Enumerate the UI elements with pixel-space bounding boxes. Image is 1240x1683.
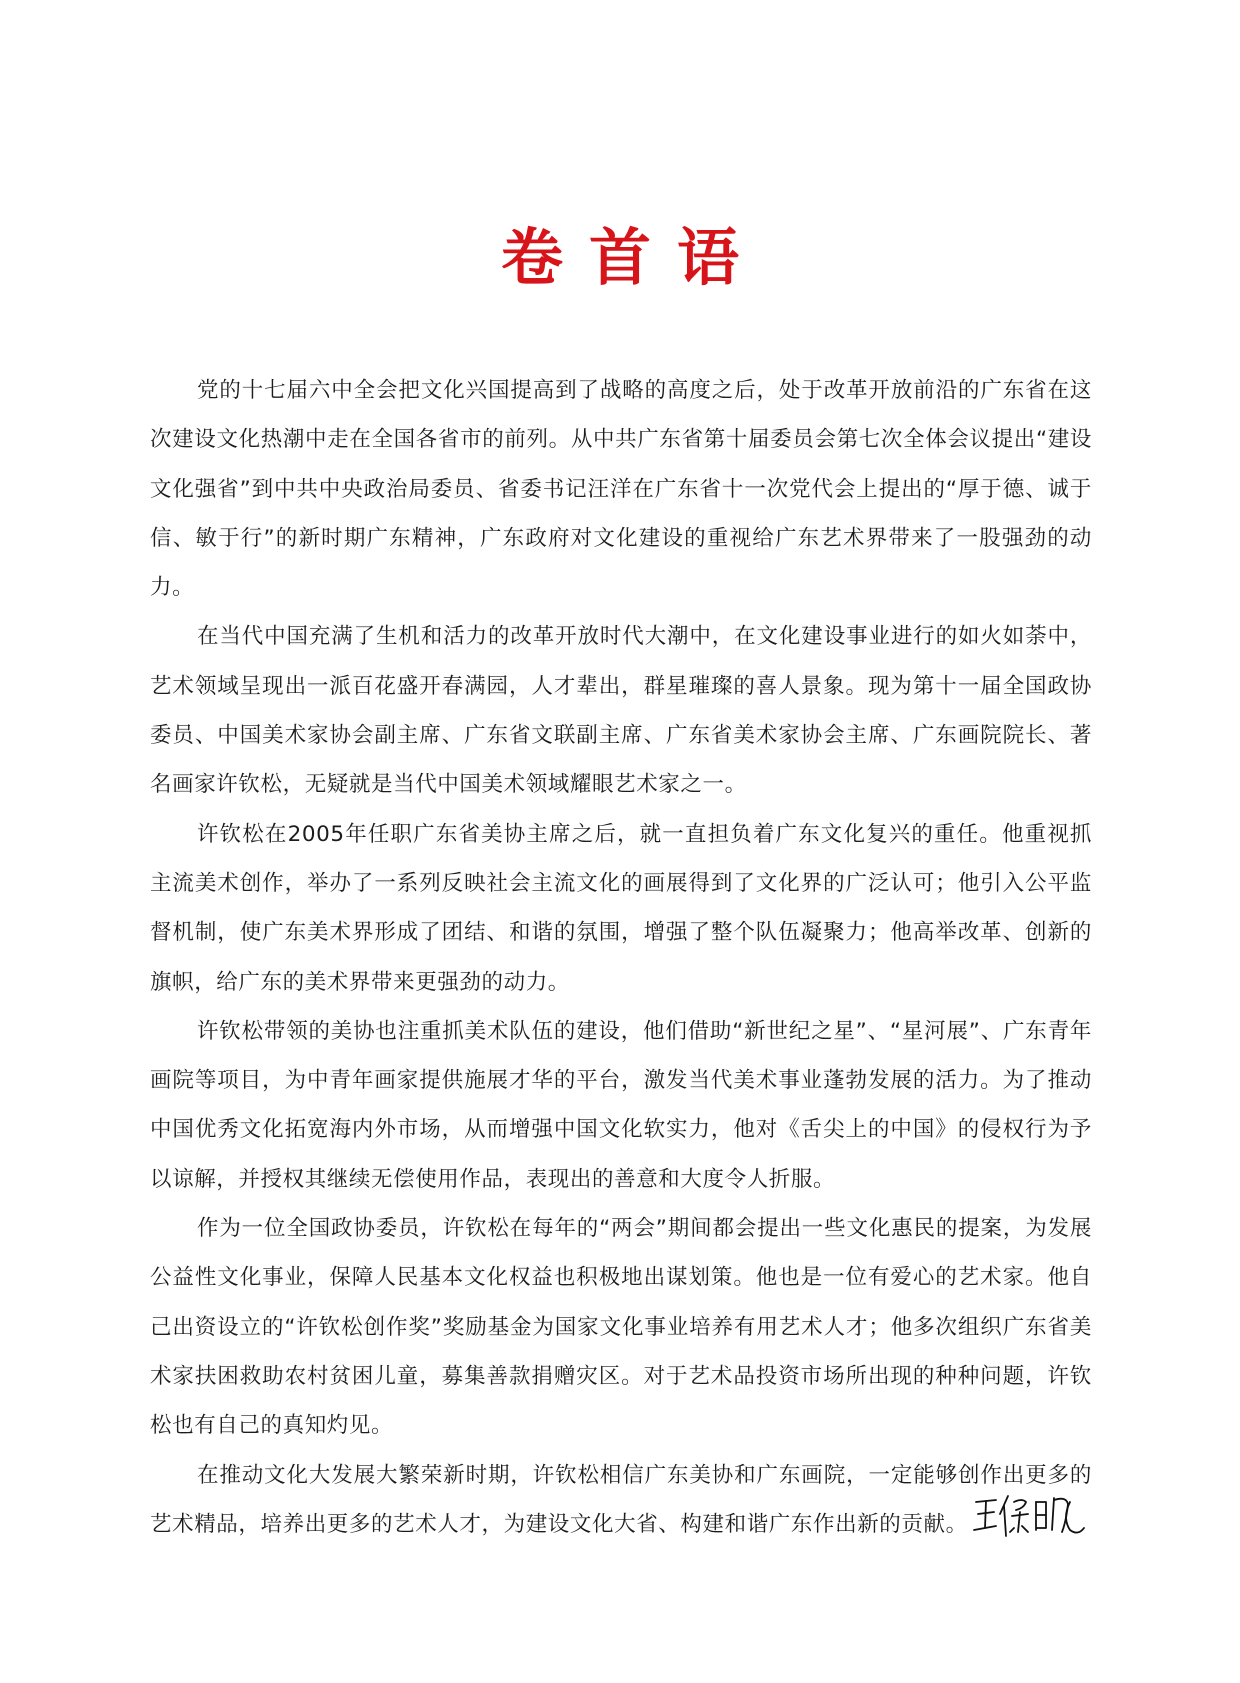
page-title: 卷首语 <box>0 218 1240 298</box>
paragraph-5: 作为一位全国政协委员，许钦松在每年的“两会”期间都会提出一些文化惠民的提案，为发… <box>150 1204 1092 1450</box>
paragraph-3: 许钦松在2005年任职广东省美协主席之后，就一直担负着广东文化复兴的重任。他重视… <box>150 810 1092 1007</box>
paragraph-4: 许钦松带领的美协也注重抓美术队伍的建设，他们借助“新世纪之星”、“星河展”、广东… <box>150 1007 1092 1204</box>
handwritten-signature <box>970 1488 1090 1544</box>
paragraph-2: 在当代中国充满了生机和活力的改革开放时代大潮中，在文化建设事业进行的如火如荼中，… <box>150 612 1092 809</box>
paragraph-1: 党的十七届六中全会把文化兴国提高到了战略的高度之后，处于改革开放前沿的广东省在这… <box>150 366 1092 612</box>
paragraph-6: 在推动文化大发展大繁荣新时期，许钦松相信广东美协和广东画院，一定能够创作出更多的… <box>150 1451 1092 1550</box>
signature-icon <box>970 1488 1090 1544</box>
article-body: 党的十七届六中全会把文化兴国提高到了战略的高度之后，处于改革开放前沿的广东省在这… <box>150 366 1092 1549</box>
